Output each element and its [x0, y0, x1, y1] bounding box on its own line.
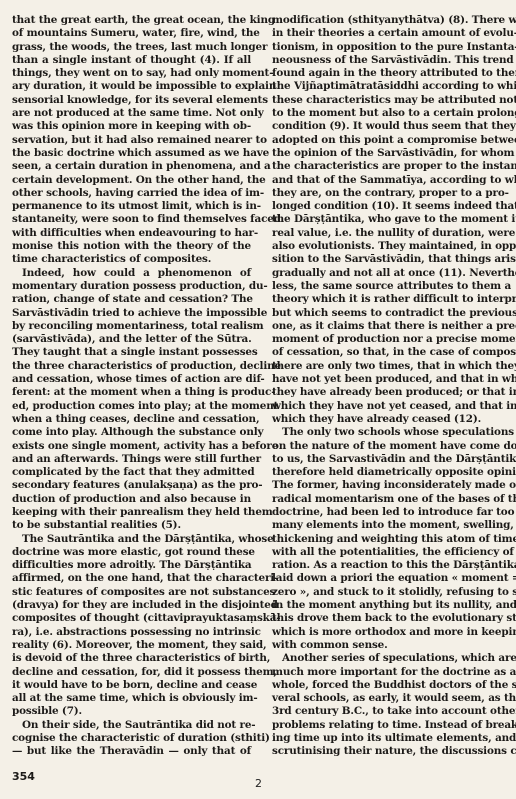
text-line: ing time up into its ultimate elements, …	[272, 732, 508, 745]
text-line: doctrine was more elastic, got round the…	[12, 546, 251, 559]
text-line: which they have already ceased (12).	[272, 413, 508, 426]
text-line: that the great earth, the great ocean, t…	[12, 14, 251, 27]
text-line: time characteristics of composites.	[12, 253, 251, 266]
text-line: ration. As a reaction to this the Dārṣṭā…	[272, 559, 508, 572]
text-line: radical momentarism one of the bases of …	[272, 493, 508, 506]
text-line: and cessation, whose times of action are…	[12, 373, 251, 386]
text-line: zero », and stuck to it stolidly, refusi…	[272, 586, 508, 599]
text-line: keeping with their panrealism they held …	[12, 506, 251, 519]
text-line: which is more orthodox and more in keepi…	[272, 626, 508, 639]
text-line: but which seems to contradict the previo…	[272, 307, 508, 320]
text-line: decline and cessation, for, did it posse…	[12, 666, 251, 679]
text-line: exists one single moment, activity has a…	[12, 440, 251, 453]
text-line: cognise the characteristic of duration (…	[12, 732, 251, 745]
text-line: 3rd century B.C., to take into account o…	[272, 705, 508, 718]
text-line: ferent: at the moment when a thing is pr…	[12, 386, 251, 399]
text-line: less, the same source attributes to them…	[272, 280, 508, 293]
text-line: modification (sthityanythātva) (8). Ther…	[272, 14, 508, 27]
text-line: stic features of composites are not subs…	[12, 586, 251, 599]
text-line: difficulties more adroitly. The Dārṣṭānt…	[12, 559, 251, 572]
text-line: whole, forced the Buddhist doctors of th…	[272, 679, 508, 692]
text-line: by reconciling momentariness, total real…	[12, 320, 251, 333]
text-line: Another series of speculations, which ar…	[272, 652, 508, 665]
text-line: found again in the theory attributed to …	[272, 67, 508, 80]
text-line: the three characteristics of production,…	[12, 360, 251, 373]
text-line: when a thing ceases, decline and cessati…	[12, 413, 251, 426]
text-line: there are only two times, that in which …	[272, 360, 508, 373]
text-line: — but like the Theravādin — only that of	[12, 745, 251, 758]
left-column: that the great earth, the great ocean, t…	[12, 14, 251, 759]
text-line: all at the same time, which is obviously…	[12, 692, 251, 705]
text-line: Sarvāstivādin tried to achieve the impos…	[12, 307, 251, 320]
text-line: doctrine, had been led to introduce far …	[272, 506, 508, 519]
text-line: much more important for the doctrine as …	[272, 666, 508, 679]
text-line: they are, on the contrary, proper to a p…	[272, 187, 508, 200]
text-line: real value, i.e. the nullity of duration…	[272, 227, 508, 240]
text-line: (dravya) for they are included in the di…	[12, 599, 251, 612]
text-line: of cessation, so that, in the case of co…	[272, 346, 508, 359]
text-line: the opinion of the Sarvāstivādin, for wh…	[272, 147, 508, 160]
text-line: it would have to be born, decline and ce…	[12, 679, 251, 692]
text-line: and an afterwards. Things were still fur…	[12, 453, 251, 466]
text-line: adopted on this point a compromise betwe…	[272, 134, 508, 147]
text-line: stantaneity, were soon to find themselve…	[12, 213, 251, 226]
text-line: permanence to its utmost limit, which is…	[12, 200, 251, 213]
text-line: duction of production and also because i…	[12, 493, 251, 506]
text-line: problems relating to time. Instead of br…	[272, 719, 508, 732]
text-line: the characteristics are proper to the in…	[272, 160, 508, 173]
text-line: ra), i.e. abstractions possessing no int…	[12, 626, 251, 639]
text-line: possible (7).	[12, 705, 251, 718]
text-line: than a single instant of thought (4). If…	[12, 54, 251, 67]
page-number: 354	[12, 770, 35, 783]
text-line: grass, the woods, the trees, last much l…	[12, 41, 251, 54]
text-line: many elements into the moment, swelling,	[272, 519, 508, 532]
text-line: The only two schools whose speculations	[272, 426, 508, 439]
text-line: complicated by the fact that they admitt…	[12, 466, 251, 479]
text-line: things, they went on to say, had only mo…	[12, 67, 251, 80]
text-line: moment of production nor a precise momen…	[272, 333, 508, 346]
text-line: sition to the Sarvāstivādin, that things…	[272, 253, 508, 266]
text-line: thickening and weighting this atom of ti…	[272, 533, 508, 546]
text-line: the Dārṣṭāntika, who gave to the moment …	[272, 213, 508, 226]
text-line: with difficulties when endeavouring to h…	[12, 227, 251, 240]
text-line: (sarvāstivāda), and the letter of the Sū…	[12, 333, 251, 346]
right-column: modification (sthityanythātva) (8). Ther…	[272, 14, 508, 759]
text-line: certain development. On the other hand, …	[12, 174, 251, 187]
text-line: they have already been produced; or that…	[272, 386, 508, 399]
text-line: these characteristics may be attributed …	[272, 94, 508, 107]
text-line: On their side, the Sautrāntika did not r…	[12, 719, 251, 732]
text-line: the Vijñaptimātratāsiddhi according to w…	[272, 80, 508, 93]
text-line: sensorial knowledge, for its several ele…	[12, 94, 251, 107]
text-line: therefore held diametrically opposite op…	[272, 466, 508, 479]
text-line: to be substantial realities (5).	[12, 519, 251, 532]
text-line: the basic doctrine which assumed as we h…	[12, 147, 251, 160]
viewer-page-indicator: 2	[255, 777, 262, 790]
text-line: momentary duration possess production, d…	[12, 280, 251, 293]
text-line: also evolutionists. They maintained, in …	[272, 240, 508, 253]
text-line: with all the potentialities, the efficie…	[272, 546, 508, 559]
text-line: and that of the Sammatīya, according to …	[272, 174, 508, 187]
text-line: come into play. Although the substance o…	[12, 426, 251, 439]
text-line: of mountains Sumeru, water, fire, wind, …	[12, 27, 251, 40]
text-line: longed condition (10). It seems indeed t…	[272, 200, 508, 213]
text-line: is devoid of the three characteristics o…	[12, 652, 251, 665]
text-line: theory which it is rather difficult to i…	[272, 293, 508, 306]
text-line: monise this notion with the theory of th…	[12, 240, 251, 253]
text-line: They taught that a single instant posses…	[12, 346, 251, 359]
text-line: have not yet been produced, and that in …	[272, 373, 508, 386]
text-line: on the nature of the moment have come do…	[272, 440, 508, 453]
text-line: to the moment but also to a certain prol…	[272, 107, 508, 120]
text-line: scrutinising their nature, the discussio…	[272, 745, 508, 758]
text-line: tionism, in opposition to the pure Insta…	[272, 41, 508, 54]
text-line: was this opinion more in keeping with ob…	[12, 120, 251, 133]
text-line: in their theories a certain amount of ev…	[272, 27, 508, 40]
text-line: neousness of the Sarvāstivādin. This tre…	[272, 54, 508, 67]
text-line: The former, having inconsiderately made …	[272, 479, 508, 492]
text-line: ary duration, it would be impossible to …	[12, 80, 251, 93]
document-page: that the great earth, the great ocean, t…	[0, 0, 516, 799]
text-line: affirmed, on the one hand, that the char…	[12, 572, 251, 585]
text-line: with common sense.	[272, 639, 508, 652]
text-line: laid down a priori the equation « moment…	[272, 572, 508, 585]
text-line: one, as it claims that there is neither …	[272, 320, 508, 333]
text-line: seen, a certain duration in phenomena, a…	[12, 160, 251, 173]
text-line: veral schools, as early, it would seem, …	[272, 692, 508, 705]
text-line: ed, production comes into play; at the m…	[12, 400, 251, 413]
text-line: Indeed, how could a phenomenon of	[12, 267, 251, 280]
text-line: ration, change of state and cessation? T…	[12, 293, 251, 306]
text-line: in the moment anything but its nullity, …	[272, 599, 508, 612]
text-line: reality (6). Moreover, the moment, they …	[12, 639, 251, 652]
text-line: which they have not yet ceased, and that…	[272, 400, 508, 413]
text-line: The Sautrāntika and the Dārṣṭāntika, who…	[12, 533, 251, 546]
text-line: servation, but it had also remained near…	[12, 134, 251, 147]
text-line: this drove them back to the evolutionary…	[272, 612, 508, 625]
text-line: condition (9). It would thus seem that t…	[272, 120, 508, 133]
text-line: gradually and not all at once (11). Neve…	[272, 267, 508, 280]
text-line: composites of thought (cittaviprayuktasa…	[12, 612, 251, 625]
text-line: are not produced at the same time. Not o…	[12, 107, 251, 120]
text-line: secondary features (anulakṣaṇa) as the p…	[12, 479, 251, 492]
text-line: to us, the Sarvastivādin and the Dārṣṭān…	[272, 453, 508, 466]
text-line: other schools, having carried the idea o…	[12, 187, 251, 200]
